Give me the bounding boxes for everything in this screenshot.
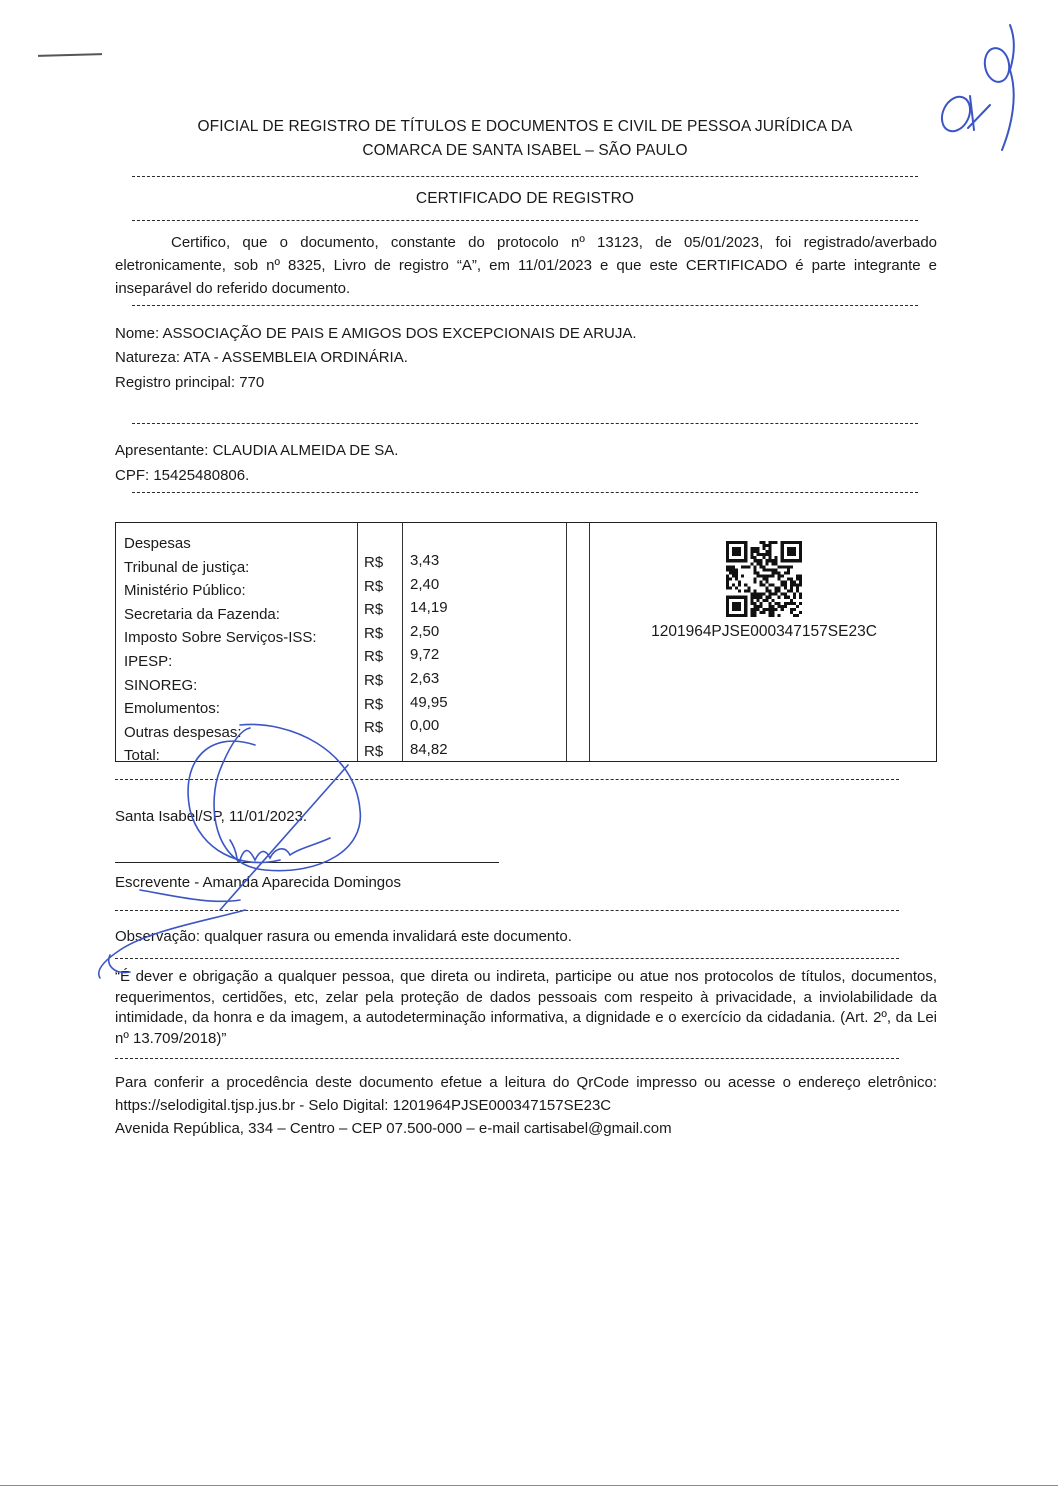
divider — [115, 1058, 899, 1059]
signature-line — [115, 862, 499, 863]
expense-value: 0,00 — [410, 714, 448, 738]
currency-symbol: R$ — [364, 669, 383, 693]
expense-value: 2,50 — [410, 620, 448, 644]
place-and-date: Santa Isabel/SP, 11/01/2023. — [115, 805, 307, 828]
table-column-border — [589, 523, 590, 761]
table-column-border — [566, 523, 567, 761]
expense-labels-column: Despesas Tribunal de justiça:Ministério … — [124, 532, 317, 768]
currency-symbol: R$ — [364, 740, 383, 764]
qr-code-icon — [724, 541, 804, 617]
expense-label: Ministério Público: — [124, 579, 317, 603]
divider — [115, 910, 899, 911]
expense-value: 84,82 — [410, 738, 448, 762]
expense-value: 2,63 — [410, 667, 448, 691]
entity-name: Nome: ASSOCIAÇÃO DE PAIS E AMIGOS DOS EX… — [115, 322, 637, 345]
verification-instructions: Para conferir a procedência deste docume… — [115, 1071, 937, 1117]
divider — [115, 958, 899, 959]
table-column-border — [357, 523, 358, 761]
divider — [132, 492, 918, 493]
expense-value: 2,40 — [410, 573, 448, 597]
currency-symbol: R$ — [364, 693, 383, 717]
currency-symbol: R$ — [364, 551, 383, 575]
divider — [132, 220, 918, 221]
document-nature: Natureza: ATA - ASSEMBLEIA ORDINÁRIA. — [115, 346, 408, 369]
document-title: CERTIFICADO DE REGISTRO — [0, 190, 1050, 208]
scan-page-edge — [0, 1485, 1058, 1486]
divider — [132, 305, 918, 306]
observation-note: Observação: qualquer rasura ou emenda in… — [115, 925, 572, 948]
expense-label-list: Tribunal de justiça:Ministério Público:S… — [124, 556, 317, 768]
expense-label: Tribunal de justiça: — [124, 556, 317, 580]
expense-value: 3,43 — [410, 549, 448, 573]
data-protection-notice: “É dever e obrigação a qualquer pessoa, … — [115, 967, 937, 1049]
digital-seal-code: 1201964PJSE000347157SE23C — [590, 623, 938, 641]
handwritten-page-number-icon — [930, 10, 1030, 160]
currency-symbol: R$ — [364, 645, 383, 669]
certification-text: Certifico, que o documento, constante do… — [115, 231, 937, 300]
presenter-cpf: CPF: 15425480806. — [115, 464, 249, 487]
currency-symbol: R$ — [364, 716, 383, 740]
expense-label: SINOREG: — [124, 674, 317, 698]
expense-label: Total: — [124, 744, 317, 768]
expense-values-column: 3,432,4014,192,509,722,6349,950,0084,82 — [410, 549, 448, 761]
currency-symbol: R$ — [364, 622, 383, 646]
registry-office-name: OFICIAL DE REGISTRO DE TÍTULOS E DOCUMEN… — [0, 118, 1050, 136]
expense-label: Imposto Sobre Serviços-ISS: — [124, 626, 317, 650]
registry-office-jurisdiction: COMARCA DE SANTA ISABEL – SÃO PAULO — [0, 142, 1050, 160]
expenses-heading: Despesas — [124, 532, 317, 556]
main-registry-number: Registro principal: 770 — [115, 371, 264, 394]
signer-name: Escrevente - Amanda Aparecida Domingos — [115, 871, 401, 894]
divider — [132, 176, 918, 177]
currency-symbol: R$ — [364, 575, 383, 599]
office-address: Avenida República, 334 – Centro – CEP 07… — [115, 1117, 672, 1140]
divider — [115, 779, 899, 780]
presenter-name: Apresentante: CLAUDIA ALMEIDA DE SA. — [115, 439, 398, 462]
expense-value: 49,95 — [410, 691, 448, 715]
expense-value: 9,72 — [410, 643, 448, 667]
currency-column: R$R$R$R$R$R$R$R$R$ — [364, 551, 383, 763]
expenses-table: Despesas Tribunal de justiça:Ministério … — [115, 522, 937, 762]
currency-symbol: R$ — [364, 598, 383, 622]
expense-label: Secretaria da Fazenda: — [124, 603, 317, 627]
table-column-border — [402, 523, 403, 761]
scan-mark — [38, 53, 102, 57]
expense-value: 14,19 — [410, 596, 448, 620]
divider — [132, 423, 918, 424]
expense-label: IPESP: — [124, 650, 317, 674]
expense-label: Emolumentos: — [124, 697, 317, 721]
expense-label: Outras despesas: — [124, 721, 317, 745]
